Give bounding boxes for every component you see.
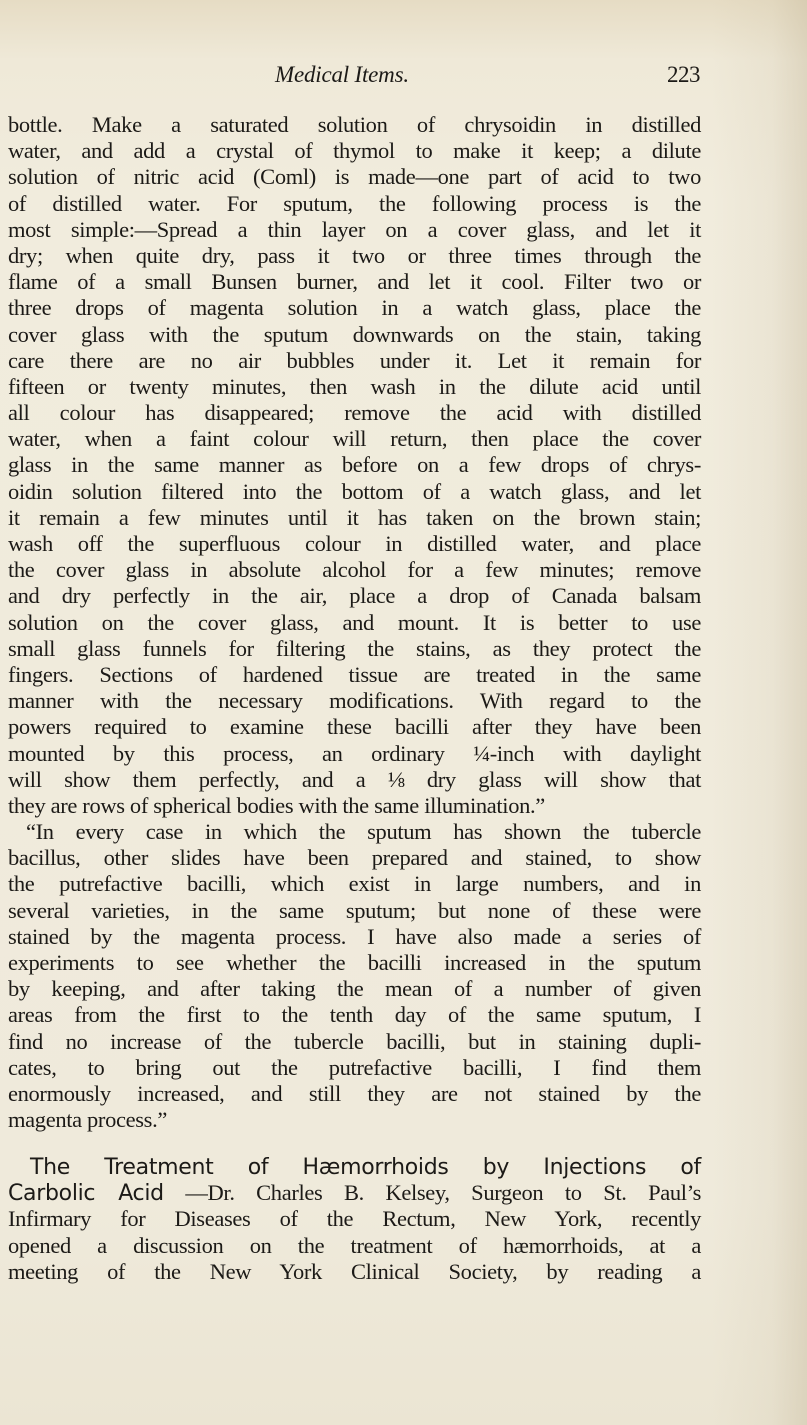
running-title: Medical Items.	[275, 62, 409, 88]
quote-line: bacillus, other slides have been prepare…	[8, 845, 701, 871]
text-line: solution on the cover glass, and mount. …	[8, 610, 701, 636]
section-heading-line-2: Carbolic Acid —Dr. Charles B. Kelsey, Su…	[8, 1180, 701, 1206]
section-line: opened a discussion on the treatment of …	[8, 1233, 701, 1259]
section-line: meeting of the New York Clinical Society…	[8, 1259, 701, 1285]
text-line: oidin solution filtered into the bottom …	[8, 479, 701, 505]
text-line: flame of a small Bunsen burner, and let …	[8, 269, 701, 295]
quote-line: by keeping, and after taking the mean of…	[8, 976, 701, 1002]
section-heading-text: The Treatment of Hæmorrhoids by Injectio…	[30, 1155, 701, 1180]
text-line: of distilled water. For sputum, the foll…	[8, 191, 701, 217]
text-line: will show them perfectly, and a ⅛ dry gl…	[8, 767, 701, 793]
text-line: most simple:—Spread a thin layer on a co…	[8, 217, 701, 243]
section-line: Infirmary for Diseases of the Rectum, Ne…	[8, 1206, 701, 1232]
text-line: dry; when quite dry, pass it two or thre…	[8, 243, 701, 269]
quote-line: cates, to bring out the putrefactive bac…	[8, 1055, 701, 1081]
text-line: manner with the necessary modifications.…	[8, 688, 701, 714]
quote-line: the putrefactive bacilli, which exist in…	[8, 871, 701, 897]
text-line: fifteen or twenty minutes, then wash in …	[8, 374, 701, 400]
text-line: fingers. Sections of hardened tissue are…	[8, 662, 701, 688]
text-line: it remain a few minutes until it has tak…	[8, 505, 701, 531]
text-line: small glass funnels for filtering the st…	[8, 636, 701, 662]
text-line: they are rows of spherical bodies with t…	[8, 793, 701, 819]
section-heading-bold: Carbolic Acid	[8, 1181, 164, 1206]
text-line: solution of nitric acid (Coml) is made—o…	[8, 164, 701, 190]
quote-line: experiments to see whether the bacilli i…	[8, 950, 701, 976]
text-line: water, when a faint colour will return, …	[8, 426, 701, 452]
quote-line: areas from the first to the tenth day of…	[8, 1002, 701, 1028]
quote-line: several varieties, in the same sputum; b…	[8, 898, 701, 924]
text-line: bottle. Make a saturated solution of chr…	[8, 112, 701, 138]
quote-line: magenta process.”	[8, 1107, 701, 1133]
section-heading: The Treatment of Hæmorrhoids by Injectio…	[8, 1154, 701, 1180]
quote-line: enormously increased, and still they are…	[8, 1081, 701, 1107]
text-line: care there are no air bubbles under it. …	[8, 348, 701, 374]
text-line: powers required to examine these bacilli…	[8, 714, 701, 740]
text-line: wash off the superfluous colour in disti…	[8, 531, 701, 557]
text-line: mounted by this process, an ordinary ¼-i…	[8, 741, 701, 767]
section-byline: —Dr. Charles B. Kelsey, Surgeon to St. P…	[164, 1180, 701, 1205]
quote-line: find no increase of the tubercle bacilli…	[8, 1029, 701, 1055]
text-line: three drops of magenta solution in a wat…	[8, 295, 701, 321]
text-line: all colour has disappeared; remove the a…	[8, 400, 701, 426]
running-head: Medical Items. 223	[0, 62, 807, 98]
page-edge-shadow	[712, 0, 807, 1425]
quote-line: “In every case in which the sputum has s…	[8, 819, 701, 845]
body-text: bottle. Make a saturated solution of chr…	[8, 112, 701, 1133]
page-number: 223	[667, 62, 700, 88]
section-haemorrhoids: The Treatment of Hæmorrhoids by Injectio…	[8, 1154, 701, 1285]
text-line: the cover glass in absolute alcohol for …	[8, 557, 701, 583]
text-line: glass in the same manner as before on a …	[8, 452, 701, 478]
text-line: cover glass with the sputum downwards on…	[8, 322, 701, 348]
text-line: water, and add a crystal of thymol to ma…	[8, 138, 701, 164]
text-line: and dry perfectly in the air, place a dr…	[8, 583, 701, 609]
quote-line: stained by the magenta process. I have a…	[8, 924, 701, 950]
